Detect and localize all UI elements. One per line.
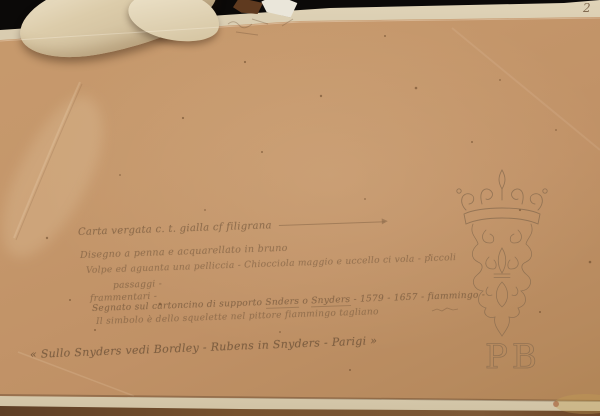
- paper-scrap-dark: [233, 0, 263, 14]
- inscription-line-4: passaggi -: [113, 279, 162, 291]
- artist-name-underlined: Snders: [265, 297, 299, 309]
- inscription-line-6-part: o: [299, 296, 311, 306]
- corner-pencil-mark: 2: [583, 1, 591, 15]
- artist-name-underlined: Snyders: [311, 295, 351, 307]
- photo-of-drawing-verso: PB Carta vergata c. t. gialla cf filigra…: [0, 0, 600, 416]
